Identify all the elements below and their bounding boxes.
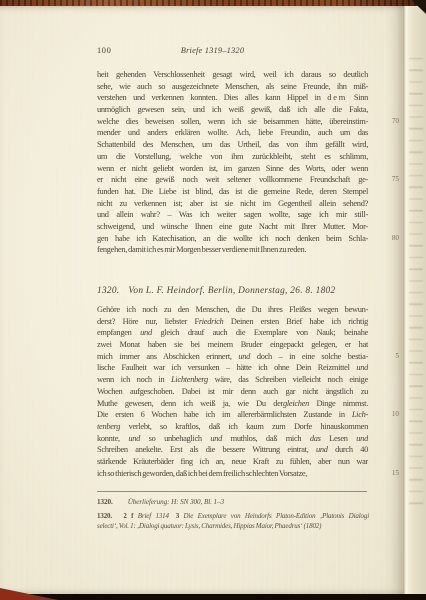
text-line: Gehöre ich noch zu den Menschen, die Du … [97, 304, 368, 316]
text-line: stärkende Kräuterbäder fing ich an, neue… [97, 456, 368, 468]
text-line: Wochen aufgeschoben. Dabei ist mir denn … [97, 386, 368, 398]
text-line: lische Faulheit war ich versunken – hätt… [97, 362, 368, 374]
text-line: Muthe gewesen, denn ich weiß ja, wie Du … [97, 398, 368, 410]
text-line: ich so thierisch geworden, daß ich bei d… [97, 468, 368, 480]
footnote-rule [97, 491, 367, 492]
text-line: er nicht eine gewiß noch weit seltener v… [97, 174, 368, 186]
text-line: empfangen und gleich drauf auch die Exem… [97, 327, 368, 339]
page-header: 100 Briefe 1319–1320 [97, 46, 368, 58]
text-line: um die Vorstellung, welche von ihm zurüc… [97, 151, 368, 163]
margin-line-number: 80 [386, 233, 399, 245]
margin-line-number: 10 [386, 409, 399, 421]
margin-line-number: 15 [386, 468, 399, 480]
text-line: schweigend, und wünsche Ihnen eine gute … [97, 221, 368, 233]
text-line: nicht zu verkennen ist; aber ist sie nic… [97, 198, 368, 210]
letter-1320-heading: 1320.Von L. F. Heindorf. Berlin, Donners… [97, 286, 368, 296]
text-line: Schreiben anekelte. Erst als die bessere… [97, 444, 368, 456]
text-line: wenn er nicht geliebt worden ist, im gan… [97, 163, 368, 175]
show-through-text [409, 58, 423, 510]
apparatus-transmission: 1320.Überlieferung: H: SN 300, Bl. 1–3 [97, 498, 368, 506]
text-line: tenberg verlebt, so kraftlos, daß ich ka… [97, 421, 368, 433]
text-line: fengehen, damit ich es mir Morgen besser… [97, 244, 368, 256]
adjacent-page-edge [404, 0, 426, 594]
text-line: heit gehenden Verschlossenheit gesagt wi… [97, 69, 368, 81]
text-line: Die ersten 6 Wochen habe ich im allererb… [97, 409, 368, 421]
letter-number: 1320. [97, 286, 119, 296]
text-line: Schattenbild des Menschen, um das Urthei… [97, 139, 368, 151]
text-line: welche dies beweisen sollen, wenn ich si… [97, 116, 368, 128]
text-line: konnte, und so unbehaglich und muthlos, … [97, 433, 368, 445]
text-line: gen habe ich Katechisation, an die wollt… [97, 233, 368, 245]
text-line: zwei Monat haben sie bei meinem Bruder e… [97, 339, 368, 351]
text-line: mender und anders erklären wollte. Ach, … [97, 127, 368, 139]
text-line: derst? Höre nur, liebster Friedrich Dein… [97, 316, 368, 328]
text-line: funden hat. Die Liebe ist blind, das ist… [97, 186, 368, 198]
cover-edge-bottom [0, 594, 426, 600]
text-line: unmöglich gewesen sein, und ich weiß gew… [97, 104, 368, 116]
text-line: sehe, wie auch so ausgezeichnete Mensche… [97, 81, 368, 93]
text-line: mich immer ans Abschicken erinnert, und … [97, 351, 368, 363]
apparatus-letter-number: 1320. [97, 498, 113, 506]
text-line: wenn ich noch in Lichtenberg wäre, das S… [97, 374, 368, 386]
text-line: und allein wahr? – Was ich weiter sagen … [97, 209, 368, 221]
apparatus-transmission-text: Überlieferung: H: SN 300, Bl. 1–3 [128, 498, 224, 506]
apparatus-notes: 1320. 2 f Brief 1314 3 Die Exemplare von… [97, 511, 369, 532]
margin-line-number: 5 [386, 351, 399, 363]
book-scan: 100 Briefe 1319–1320 heit gehenden Versc… [0, 0, 426, 600]
book-page: 100 Briefe 1319–1320 heit gehenden Versc… [0, 5, 404, 595]
text-line: selecti‘, Vol. 1: ‚Dialogi quatuor: Lysi… [97, 521, 369, 531]
margin-line-number: 70 [386, 116, 399, 128]
text-line: verstehen und verkennen konnten. Dies al… [97, 92, 368, 104]
letter-heading-text: Von L. F. Heindorf. Berlin, Donnerstag, … [128, 286, 335, 296]
margin-line-number: 75 [386, 174, 399, 186]
cover-edge-top [0, 0, 426, 6]
letter-1319-body: heit gehenden Verschlossenheit gesagt wi… [97, 69, 368, 256]
running-title: Briefe 1319–1320 [97, 46, 328, 55]
letter-1320-body: Gehöre ich noch zu den Menschen, die Du … [97, 304, 368, 479]
text-line: 1320. 2 f Brief 1314 3 Die Exemplare von… [97, 511, 369, 521]
